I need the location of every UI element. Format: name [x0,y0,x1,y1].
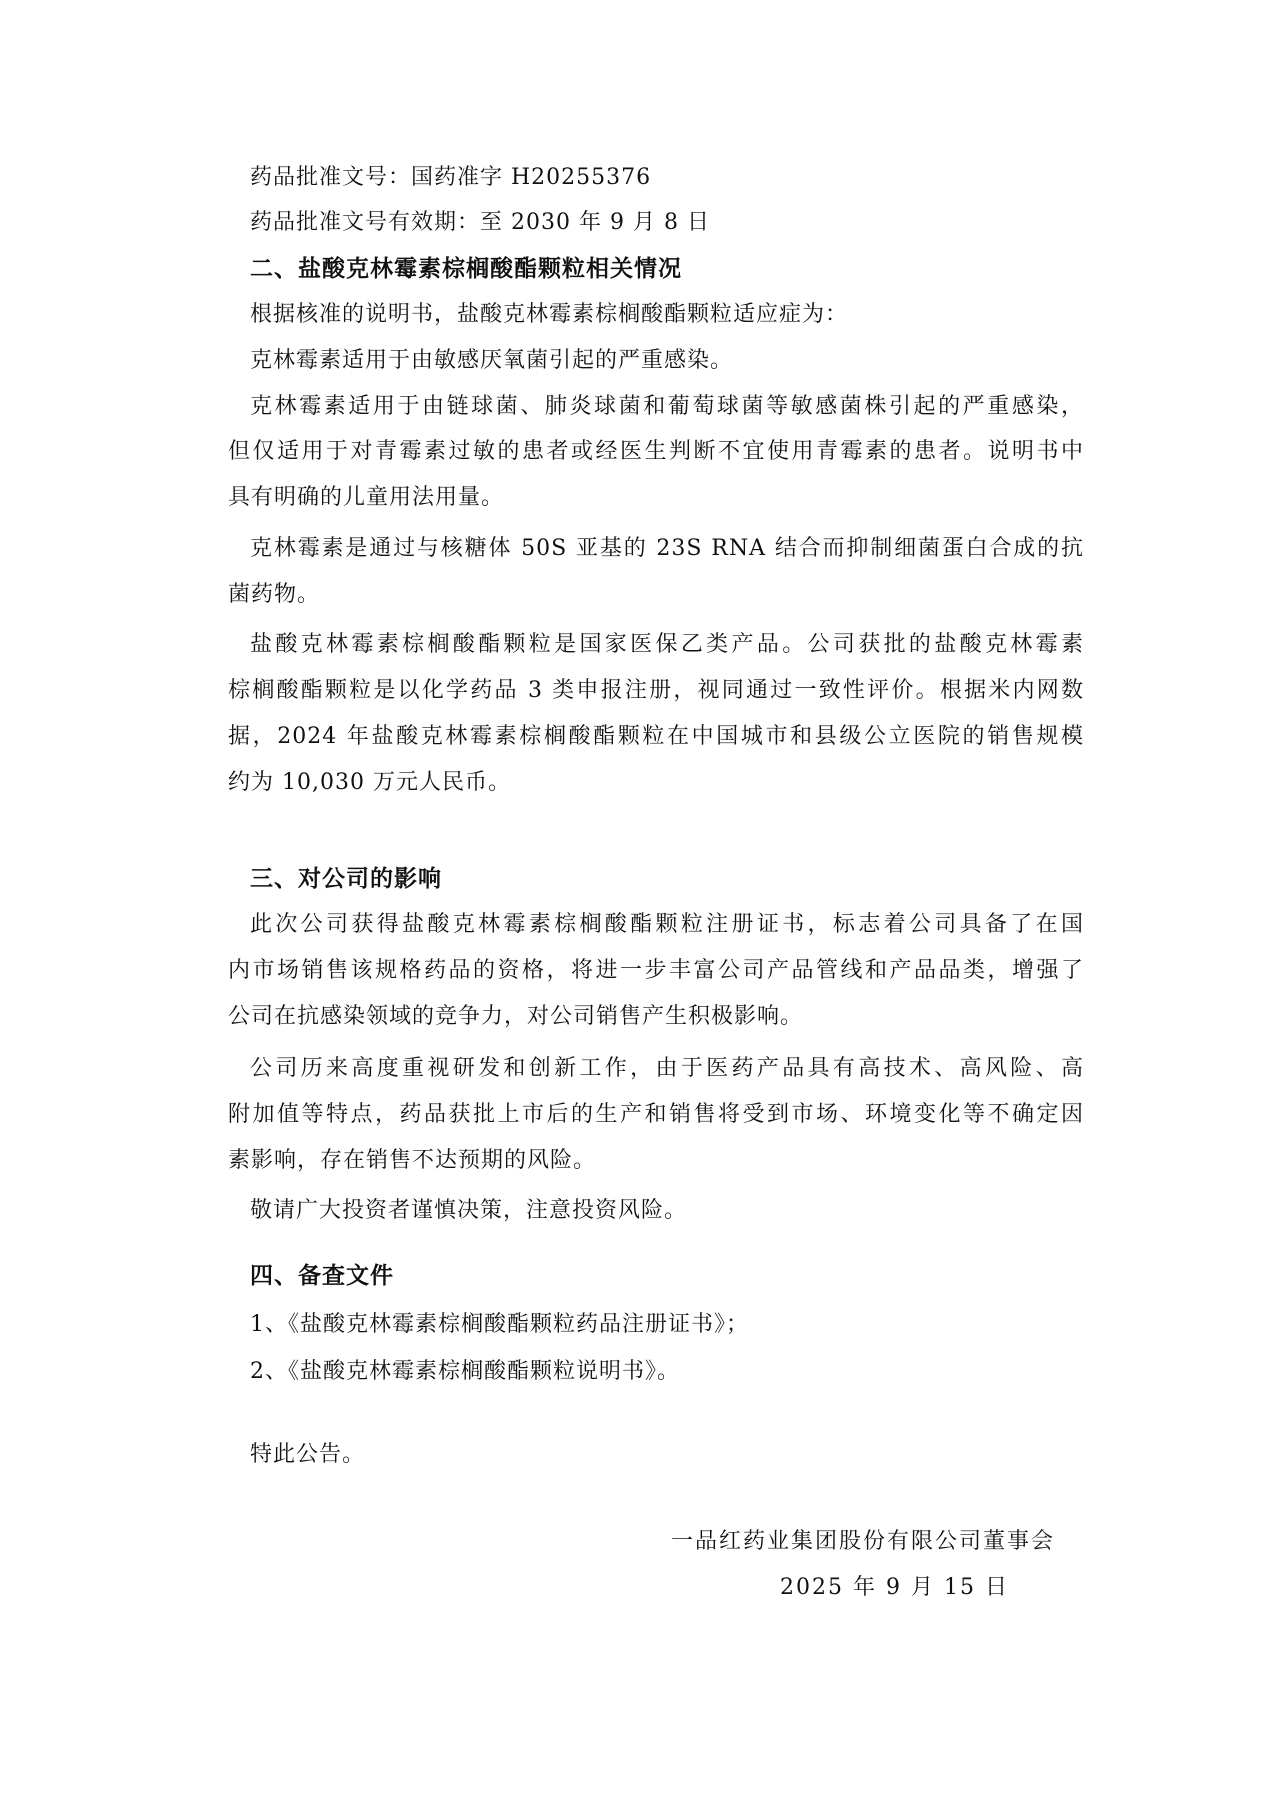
approval-number: 药品批准文号：国药准字 H20255376 [250,163,1084,193]
section-3-paragraph-1-line-1: 此次公司获得盐酸克林霉素棕榈酸酯颗粒注册证书，标志着公司具备了在国 [250,910,1084,940]
section-2-paragraph-5-line-2: 棕榈酸酯颗粒是以化学药品 3 类申报注册，视同通过一致性评价。根据米内网数 [228,676,1084,706]
section-3-heading: 三、对公司的影响 [250,864,1106,894]
section-2-paragraph-5-line-1: 盐酸克林霉素棕榈酸酯颗粒是国家医保乙类产品。公司获批的盐酸克林霉素 [250,630,1084,660]
section-2-paragraph-4-line-1: 克林霉素是通过与核糖体 50S 亚基的 23S RNA 结合而抑制细菌蛋白合成的… [250,534,1084,564]
section-2-paragraph-1: 根据核准的说明书，盐酸克林霉素棕榈酸酯颗粒适应症为： [250,300,1084,330]
section-2-paragraph-5-line-4: 约为 10,030 万元人民币。 [228,768,1084,798]
section-3-paragraph-1-line-2: 内市场销售该规格药品的资格，将进一步丰富公司产品管线和产品品类，增强了 [228,956,1084,986]
section-2-paragraph-2: 克林霉素适用于由敏感厌氧菌引起的严重感染。 [250,346,1084,376]
closing-statement: 特此公告。 [250,1440,1084,1470]
section-2-heading: 二、盐酸克林霉素棕榈酸酯颗粒相关情况 [250,254,1106,284]
reference-document-2: 2、《盐酸克林霉素棕榈酸酯颗粒说明书》。 [250,1357,1084,1387]
section-3-paragraph-3: 敬请广大投资者谨慎决策，注意投资风险。 [250,1196,1084,1226]
section-4-heading: 四、备查文件 [250,1261,1106,1291]
section-2-paragraph-3-line-3: 具有明确的儿童用法用量。 [228,483,1084,513]
section-2-paragraph-3-line-1: 克林霉素适用于由链球菌、肺炎球菌和葡萄球菌等敏感菌株引起的严重感染， [250,392,1084,422]
approval-validity: 药品批准文号有效期：至 2030 年 9 月 8 日 [250,208,1084,238]
section-2-paragraph-4-line-2: 菌药物。 [228,580,1084,610]
signature-company: 一品红药业集团股份有限公司董事会 [671,1527,1055,1557]
section-2-paragraph-3-line-2: 但仅适用于对青霉素过敏的患者或经医生判断不宜使用青霉素的患者。说明书中 [228,437,1084,467]
signature-date: 2025 年 9 月 15 日 [780,1573,1009,1603]
section-3-paragraph-2-line-1: 公司历来高度重视研发和创新工作，由于医药产品具有高技术、高风险、高 [250,1054,1084,1084]
section-3-paragraph-2-line-3: 素影响，存在销售不达预期的风险。 [228,1146,1084,1176]
section-3-paragraph-1-line-3: 公司在抗感染领域的竞争力，对公司销售产生积极影响。 [228,1002,1084,1032]
section-3-paragraph-2-line-2: 附加值等特点，药品获批上市后的生产和销售将受到市场、环境变化等不确定因 [228,1100,1084,1130]
section-2-paragraph-5-line-3: 据，2024 年盐酸克林霉素棕榈酸酯颗粒在中国城市和县级公立医院的销售规模 [228,722,1084,752]
reference-document-1: 1、《盐酸克林霉素棕榈酸酯颗粒药品注册证书》； [250,1310,1084,1340]
document-page: 药品批准文号：国药准字 H20255376 药品批准文号有效期：至 2030 年… [0,0,1269,1795]
